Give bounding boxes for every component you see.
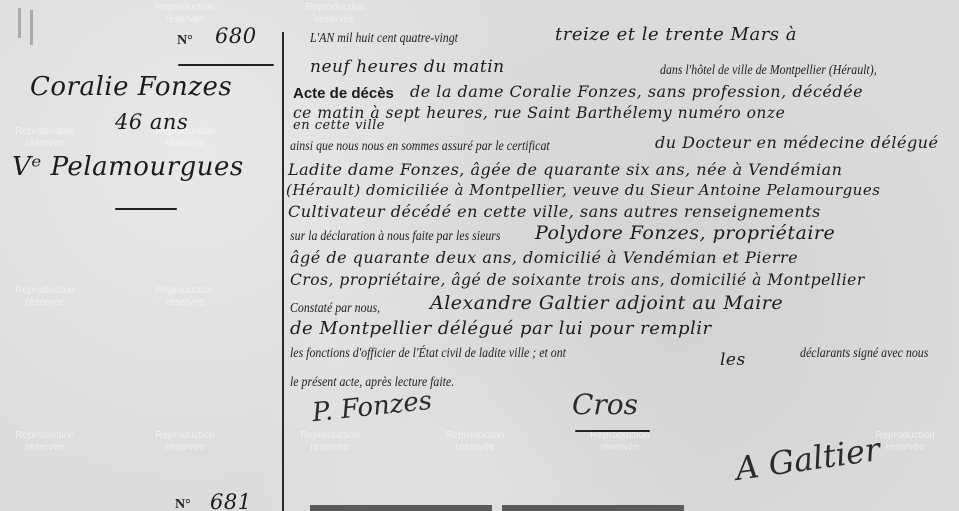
watermark: Reproductionréservée — [0, 285, 90, 309]
printed-year-intro: L'AN mil huit cent quatre-vingt — [310, 30, 458, 46]
watermark: Reproductionréservée — [285, 430, 375, 454]
hand-officer: Alexandre Galtier adjoint au Maire — [430, 292, 783, 314]
hand-deceased: de la dame Coralie Fonzes, sans professi… — [410, 82, 863, 101]
ink-stain — [30, 10, 33, 45]
watermark-line1: Reproduction — [140, 430, 230, 442]
hand-declarant1-details: âgé de quarante deux ans, domicilié à Ve… — [290, 248, 798, 267]
printed-location: dans l'hôtel de ville de Montpellier (Hé… — [660, 62, 877, 78]
watermark: Reproductionréservée — [290, 2, 380, 26]
watermark-line1: Reproduction — [0, 285, 90, 297]
printed-declaration: sur la déclaration à nous faite par les … — [290, 228, 501, 244]
next-record-header-bar — [502, 505, 684, 511]
watermark-line2: réservée — [430, 442, 520, 454]
watermark-line2: réservée — [0, 442, 90, 454]
watermark: Reproductionréservée — [0, 126, 90, 150]
hand-les: les — [720, 350, 746, 370]
printed-witnessed: Constaté par nous, — [290, 300, 380, 316]
ink-stain — [18, 8, 21, 38]
record-number-label: N° — [177, 33, 193, 49]
civil-register-page: Reproductionréservée Reproductionréservé… — [0, 0, 959, 511]
hand-declarant1: Polydore Fonzes, propriétaire — [535, 222, 835, 244]
deceased-age: 46 ans — [115, 110, 188, 134]
hand-date: treize et le trente Mars à — [555, 24, 797, 45]
hand-doctor: du Docteur en médecine délégué — [655, 133, 938, 152]
record-number: 680 — [215, 24, 257, 48]
printed-signed: déclarants signé avec nous — [800, 345, 928, 361]
hand-city: en cette ville — [293, 118, 385, 133]
watermark: Reproductionréservée — [140, 285, 230, 309]
deceased-name: Coralie Fonzes — [30, 72, 232, 102]
watermark-line1: Reproduction — [285, 430, 375, 442]
hand-time: neuf heures du matin — [310, 57, 505, 77]
watermark: Reproductionréservée — [0, 430, 90, 454]
hand-husband: Cultivateur décédé en cette ville, sans … — [288, 202, 821, 221]
watermark-line2: réservée — [140, 442, 230, 454]
hand-age-birth: Ladite dame Fonzes, âgée de quarante six… — [288, 160, 842, 179]
watermark-line1: Reproduction — [140, 285, 230, 297]
column-divider — [282, 32, 284, 511]
hand-delegation: de Montpellier délégué par lui pour remp… — [290, 318, 712, 339]
watermark: Reproductionréservée — [140, 430, 230, 454]
name-underline — [115, 208, 177, 210]
printed-certificate: ainsi que nous nous en sommes assuré par… — [290, 138, 550, 154]
watermark-line1: Reproduction — [140, 2, 230, 14]
watermark-line1: Reproduction — [0, 126, 90, 138]
signature-officer: A Galtier — [733, 430, 882, 488]
watermark-line2: réservée — [0, 138, 90, 150]
watermark-line2: réservée — [290, 14, 380, 26]
watermark-line2: réservée — [285, 442, 375, 454]
watermark-line2: réservée — [0, 297, 90, 309]
watermark: Reproductionréservée — [140, 2, 230, 26]
watermark-line2: réservée — [575, 442, 665, 454]
watermark-line2: réservée — [140, 138, 230, 150]
watermark: Reproductionréservée — [575, 430, 665, 454]
watermark-line1: Reproduction — [290, 2, 380, 14]
next-record-number: 681 — [210, 490, 252, 511]
watermark-line1: Reproduction — [430, 430, 520, 442]
number-underline — [178, 64, 274, 66]
signature-underline — [575, 430, 650, 432]
watermark: Reproductionréservée — [430, 430, 520, 454]
printed-functions: les fonctions d'officier de l'État civil… — [290, 345, 566, 361]
next-record-header-bar — [310, 505, 492, 511]
watermark-line2: réservée — [140, 297, 230, 309]
signature-declarant1: P. Fonzes — [311, 386, 434, 428]
signature-declarant2: Cros — [572, 388, 638, 421]
watermark-line1: Reproduction — [0, 430, 90, 442]
hand-domicile: (Hérault) domiciliée à Montpellier, veuv… — [286, 181, 880, 199]
act-title: Acte de décès — [293, 85, 394, 102]
hand-declarant2: Cros, propriétaire, âgé de soixante troi… — [290, 271, 865, 289]
widow-of: Vᵉ Pelamourgues — [12, 152, 244, 182]
next-record-number-label: N° — [175, 497, 191, 511]
